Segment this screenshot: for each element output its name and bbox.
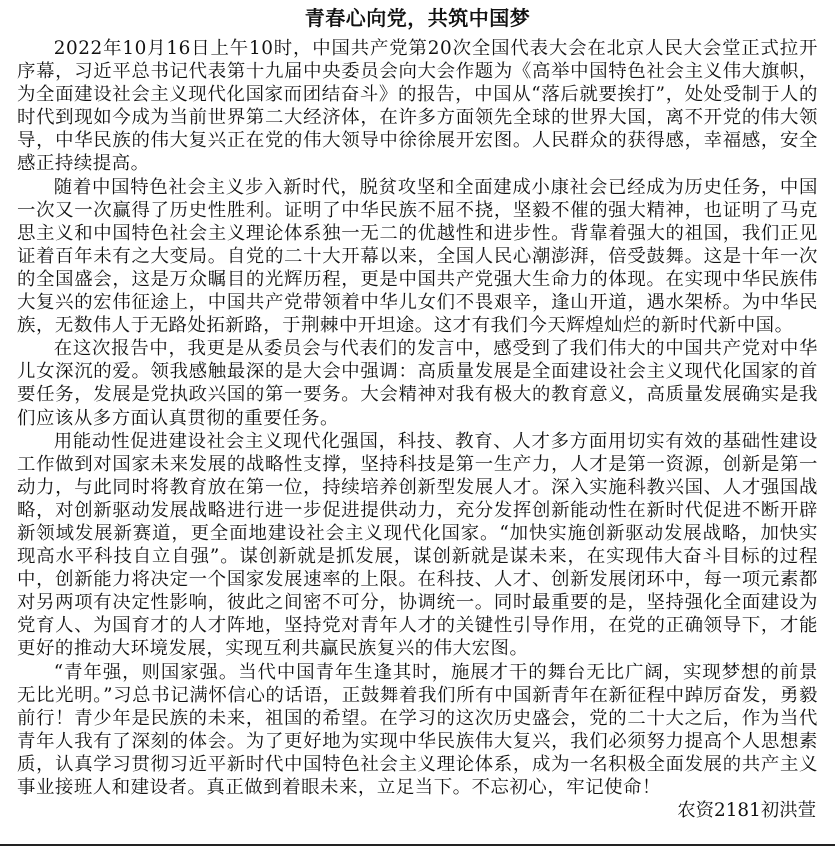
author-signature: 农资2181初洪萱 xyxy=(17,799,818,822)
paragraph-4: 用能动性促进建设社会主义现代化强国，科技、教育、人才多方面用切实有效的基础性建设… xyxy=(17,430,818,661)
paragraph-1: 2022年10月16日上午10时，中国共产党第20次全国代表大会在北京人民大会堂… xyxy=(17,37,818,176)
bottom-divider xyxy=(0,844,835,846)
paragraph-5: “青年强，则国家强。当代中国青年生逢其时，施展才干的舞台无比广阔，实现梦想的前景… xyxy=(17,661,818,800)
document-title: 青春心向党，共筑中国梦 xyxy=(17,5,818,31)
document-page: 青春心向党，共筑中国梦 2022年10月16日上午10时，中国共产党第20次全国… xyxy=(17,0,818,822)
paragraph-2: 随着中国特色社会主义步入新时代，脱贫攻坚和全面建成小康社会已经成为历史任务，中国… xyxy=(17,176,818,338)
paragraph-3: 在这次报告中，我更是从委员会与代表们的发言中，感受到了我们伟大的中国共产党对中华… xyxy=(17,337,818,429)
